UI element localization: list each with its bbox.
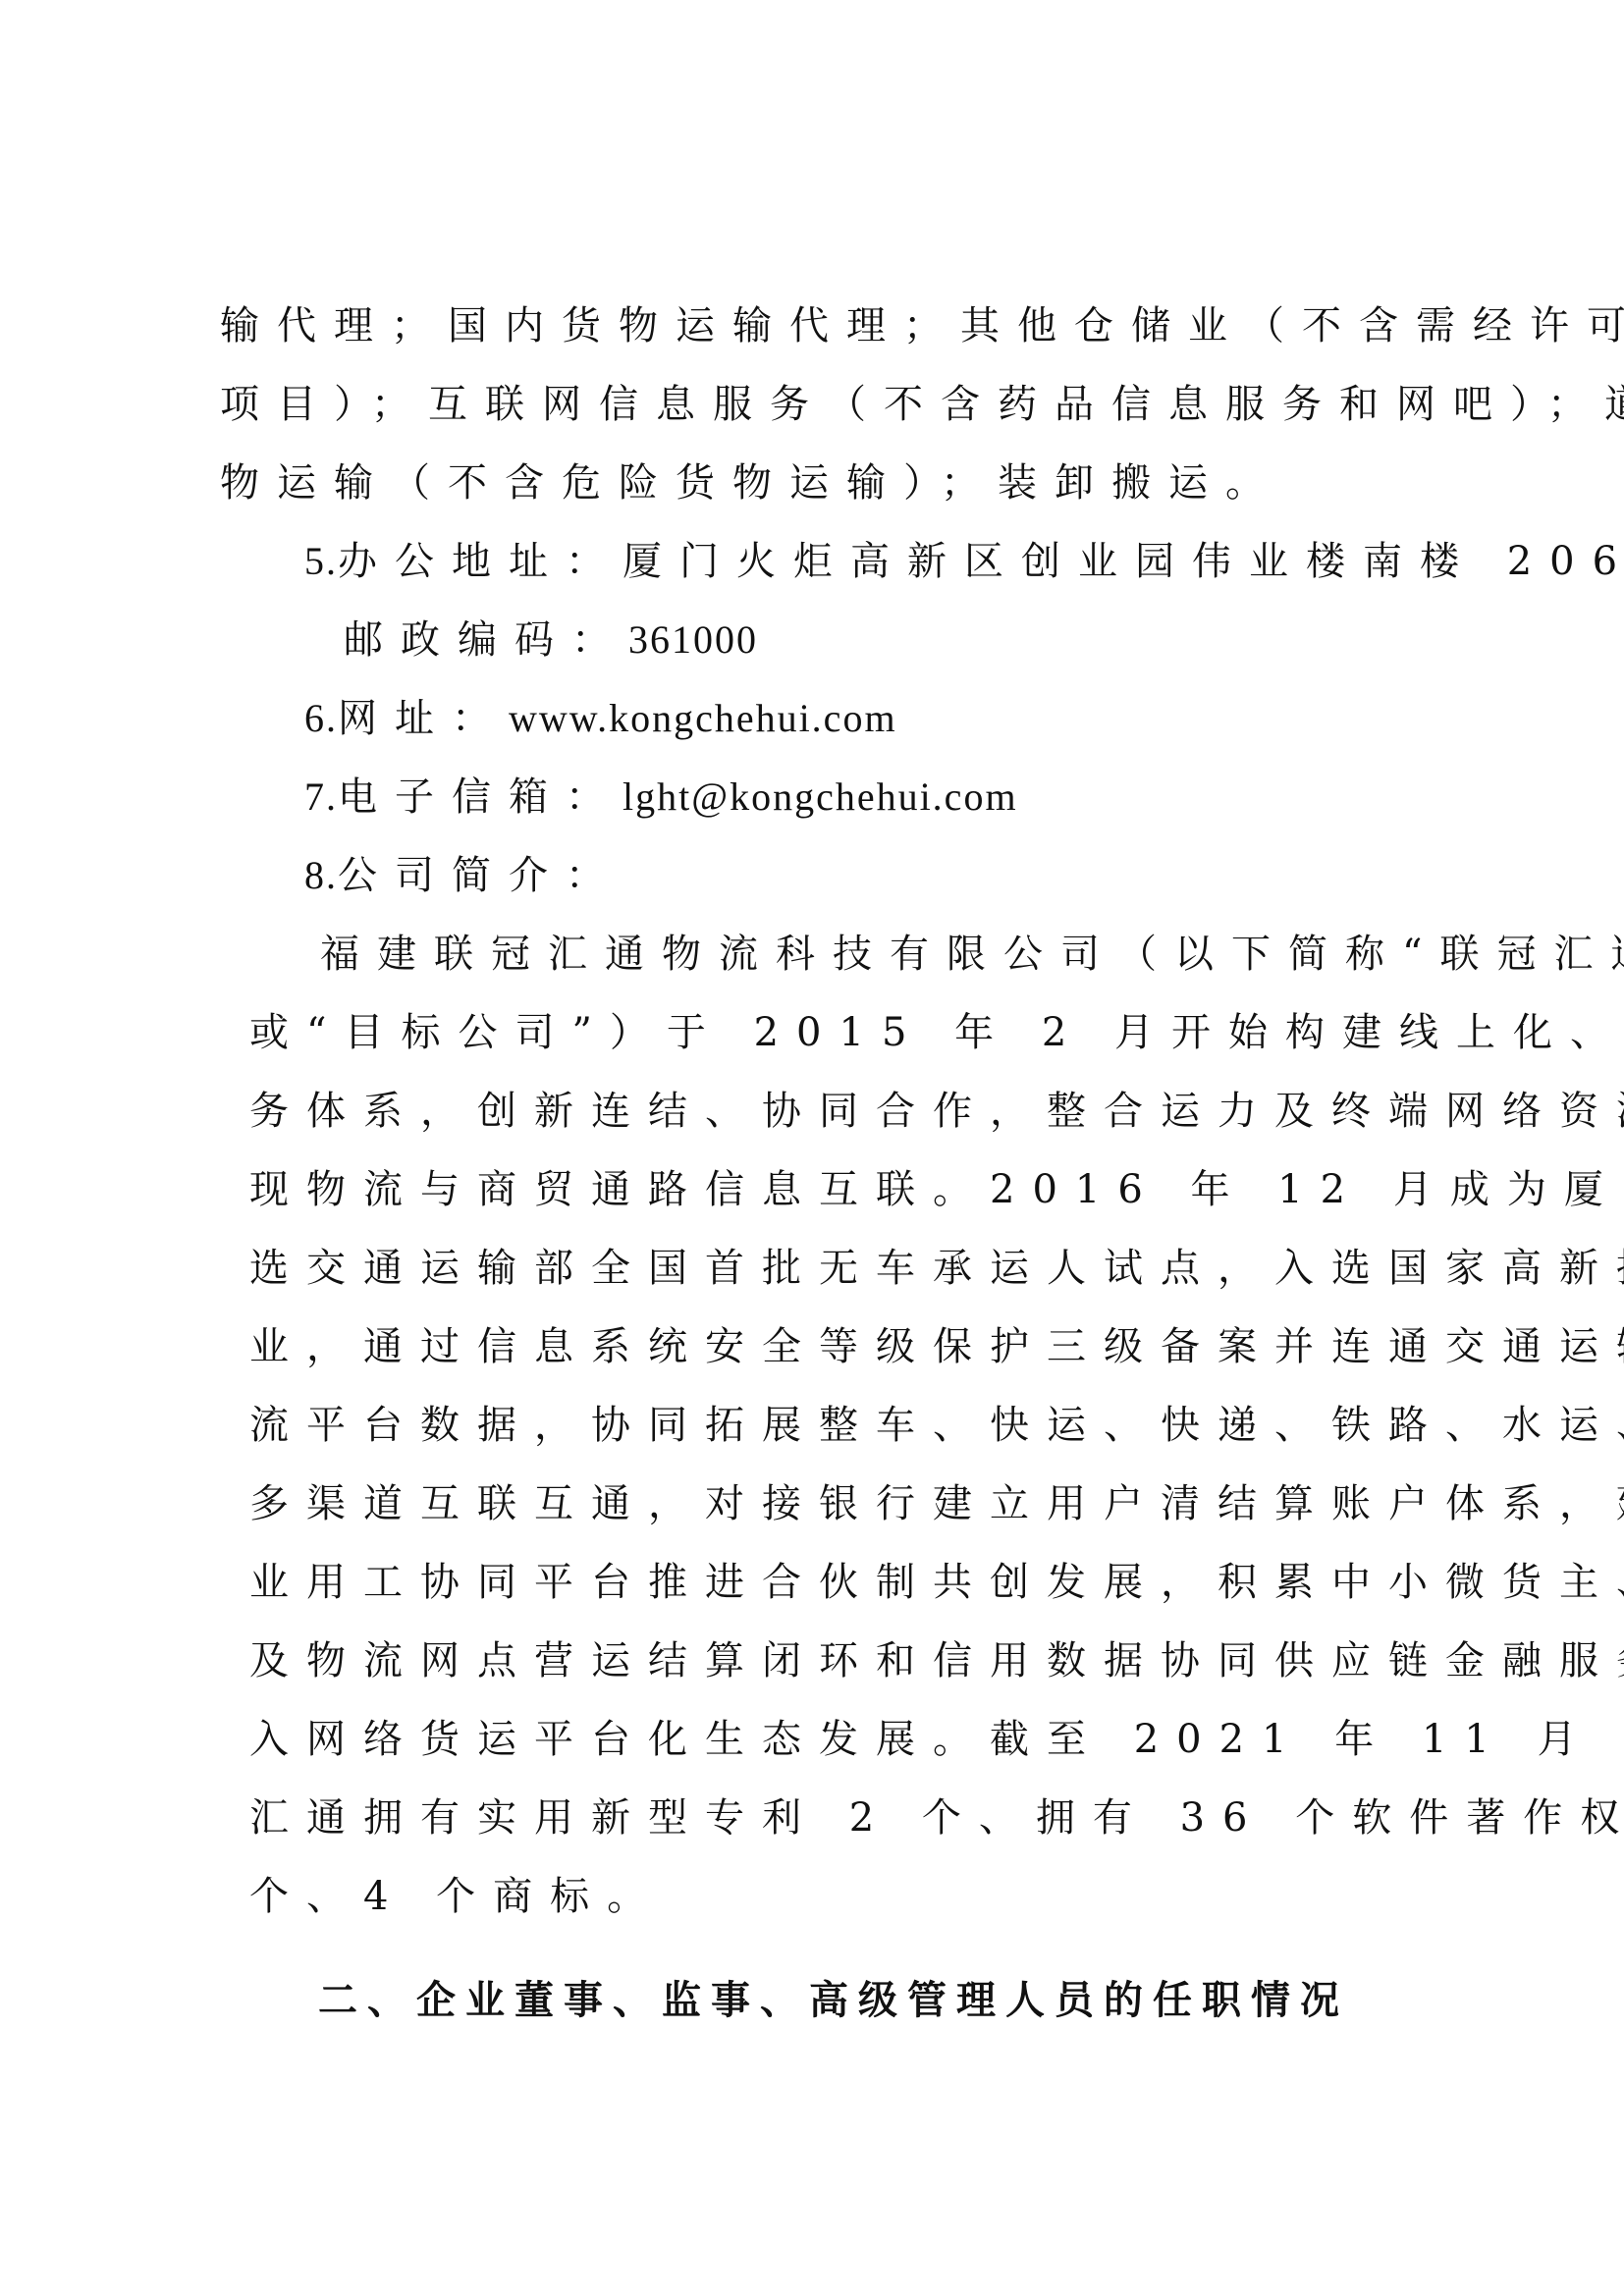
business-scope-line: 物运输（不含危险货物运输）；装卸搬运。 <box>220 444 1408 522</box>
paragraph-line: 及物流网点营运结算闭环和信用数据协同供应链金融服务，进 <box>220 1622 1408 1700</box>
item-number: 8. <box>304 853 338 897</box>
paragraph-line: 现物流与商贸通路信息互联。2016 年 12 月成为厦门市唯一入 <box>220 1150 1408 1229</box>
item-number: 5. <box>304 539 338 583</box>
email-link[interactable]: lght@kongchehui.com <box>623 774 1018 819</box>
business-scope-line: 项目）；互联网信息服务（不含药品信息服务和网吧）；道路货 <box>220 365 1408 444</box>
address-value: 厦门火炬高新区创业园伟业楼南楼 206A 室 <box>623 539 1624 584</box>
paragraph-line: 多渠道互联互通，对接银行建立用户清结算账户体系，建立行 <box>220 1465 1408 1543</box>
paragraph-line: 入网络货运平台化生态发展。截至 2021 年 11 月 30 日，联冠 <box>220 1700 1408 1779</box>
paragraph-line: 务体系，创新连结、协同合作，整合运力及终端网络资源，实 <box>220 1072 1408 1150</box>
paragraph-line: 或“目标公司”）于 2015 年 2 月开始构建线上化、数字化服 <box>220 993 1408 1072</box>
section-heading: 二、企业董事、监事、高级管理人员的任职情况 <box>220 1961 1408 2040</box>
website-label: 网址： <box>338 696 509 741</box>
item-number: 7. <box>304 774 338 819</box>
profile-item: 8.公司简介： <box>220 836 1408 915</box>
paragraph-line: 个、4 个商标。 <box>220 1857 1408 1936</box>
business-scope-line: 输代理；国内货物运输代理；其他仓储业（不含需经许可审批的 <box>220 287 1408 365</box>
address-label: 办公地址： <box>338 539 623 584</box>
email-item: 7.电子信箱：lght@kongchehui.com <box>220 758 1408 836</box>
document-body: 输代理；国内货物运输代理；其他仓储业（不含需经许可审批的 项目）；互联网信息服务… <box>220 287 1408 2040</box>
paragraph-line: 汇通拥有实用新型专利 2 个、拥有 36 个软件著作权、域名 1 <box>220 1779 1408 1857</box>
paragraph-line: 业用工协同平台推进合伙制共创发展，积累中小微货主、车主 <box>220 1543 1408 1622</box>
postcode-item: 邮政编码：361000 <box>220 601 1408 679</box>
profile-label: 公司简介： <box>338 853 623 898</box>
paragraph-line: 选交通运输部全国首批无车承运人试点，入选国家高新技术企 <box>220 1229 1408 1308</box>
website-item: 6.网址：www.kongchehui.com <box>220 679 1408 758</box>
company-profile-paragraph: 福建联冠汇通物流科技有限公司（以下简称“联冠汇通” 或“目标公司”）于 2015… <box>220 915 1408 1936</box>
website-link[interactable]: www.kongchehui.com <box>509 696 897 740</box>
paragraph-line: 流平台数据，协同拓展整车、快运、快递、铁路、水运、空运 <box>220 1386 1408 1465</box>
email-label: 电子信箱： <box>338 774 623 820</box>
item-number: 6. <box>304 696 338 740</box>
document-page: 输代理；国内货物运输代理；其他仓储业（不含需经许可审批的 项目）；互联网信息服务… <box>0 0 1624 2296</box>
address-item: 5.办公地址：厦门火炬高新区创业园伟业楼南楼 206A 室 <box>220 522 1408 601</box>
postcode-value: 361000 <box>628 617 758 662</box>
paragraph-line: 福建联冠汇通物流科技有限公司（以下简称“联冠汇通” <box>220 915 1408 993</box>
paragraph-line: 业，通过信息系统安全等级保护三级备案并连通交通运输部物 <box>220 1308 1408 1386</box>
postcode-label: 邮政编码： <box>344 617 628 663</box>
